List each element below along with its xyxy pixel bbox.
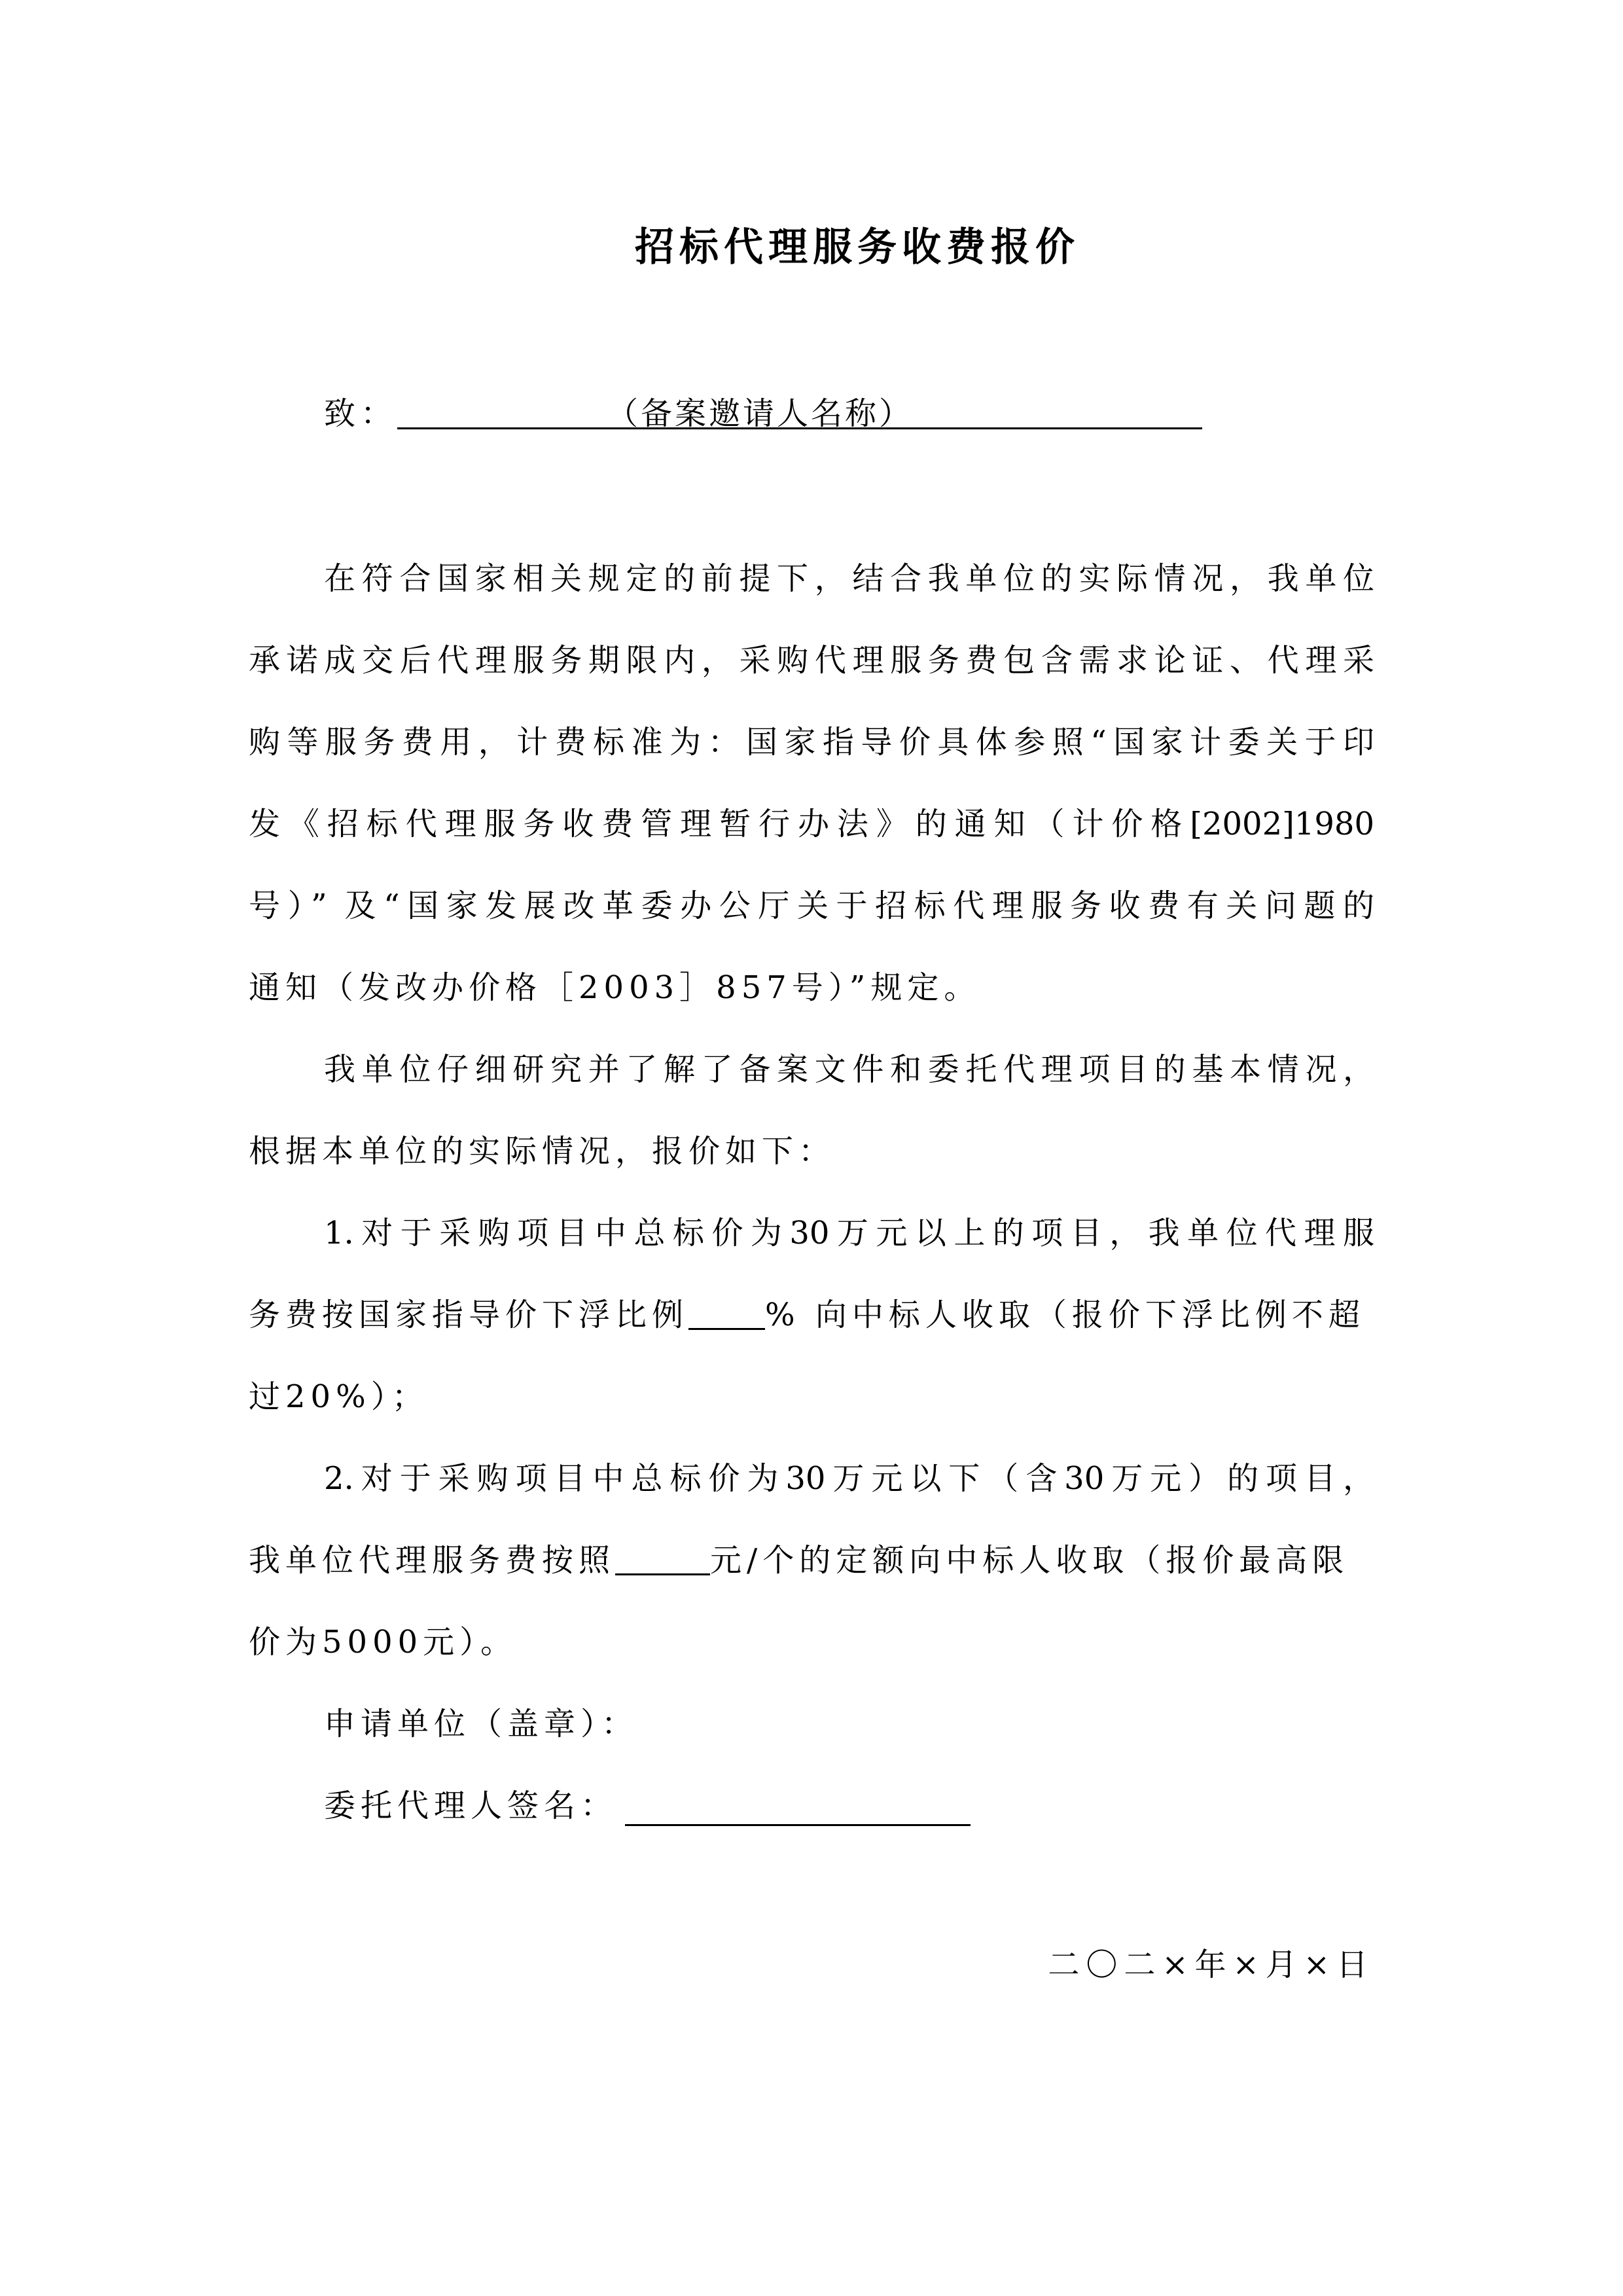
paragraph2-line-1: 我单位仔细研究并了解了备案文件和委托代理项目的基本情况，	[324, 1049, 1374, 1090]
paragraph1-line-5: 号）” 及“国家发展改革委办公厅关于招标代理服务收费有关问题的	[249, 885, 1374, 927]
paragraph2-line-2: 根据本单位的实际情况，报价如下：	[249, 1130, 835, 1172]
document-date: 二〇二×年×月×日	[1034, 1944, 1374, 1986]
paragraph1-line-2: 承诺成交后代理服务期限内，采购代理服务费包含需求论证、代理采	[249, 639, 1374, 681]
item2-line-3: 价为5000元）。	[249, 1621, 517, 1663]
paragraph1-line-4: 发《招标代理服务收费管理暂行办法》的通知（计价格[2002]1980	[249, 803, 1374, 845]
fixed-fee-blank[interactable]	[615, 1539, 710, 1575]
item1-line-3: 过20%）；	[249, 1376, 429, 1418]
paragraph1-line-1: 在符合国家相关规定的前提下，结合我单位的实际情况，我单位	[324, 558, 1374, 600]
agent-signature-line: 委托代理人签名：	[324, 1785, 971, 1827]
item1-line-2-before: 务费按国家指导价下浮比例	[249, 1297, 688, 1333]
applicant-seal-label: 申请单位（盖章）：	[324, 1703, 638, 1745]
addressee-field[interactable]: （备案邀请人名称）	[397, 393, 1202, 429]
item1-line-2: 务费按国家指导价下浮比例% 向中标人收取（报价下浮比例不超	[249, 1294, 1365, 1336]
item2-line-2: 我单位代理服务费按照元/个的定额向中标人收取（报价最高限	[249, 1539, 1349, 1581]
discount-rate-blank[interactable]	[688, 1294, 765, 1330]
item2-line-2-after: 元/个的定额向中标人收取（报价最高限	[710, 1542, 1349, 1579]
item2-line-1: 2.对于采购项目中总标价为30万元以下（含30万元）的项目，	[324, 1458, 1374, 1499]
paragraph1-line-6: 通知（发改办价格［2003］857号）”规定。	[249, 967, 980, 1009]
document-page: 招标代理服务收费报价 致：（备案邀请人名称） 在符合国家相关规定的前提下，结合我…	[0, 0, 1623, 2296]
item2-line-2-before: 我单位代理服务费按照	[249, 1542, 615, 1579]
document-title: 招标代理服务收费报价	[0, 221, 1623, 274]
addressee-line: 致：（备案邀请人名称）	[324, 393, 1202, 435]
item1-line-1: 1.对于采购项目中总标价为30万元以上的项目，我单位代理服	[324, 1212, 1374, 1254]
agent-signature-label: 委托代理人签名：	[324, 1787, 617, 1824]
paragraph1-line-3: 购等服务费用，计费标准为：国家指导价具体参照“国家计委关于印	[249, 721, 1374, 763]
item1-line-2-after: % 向中标人收取（报价下浮比例不超	[765, 1297, 1365, 1333]
agent-signature-field[interactable]	[625, 1785, 971, 1826]
addressee-prefix: 致：	[324, 395, 397, 432]
